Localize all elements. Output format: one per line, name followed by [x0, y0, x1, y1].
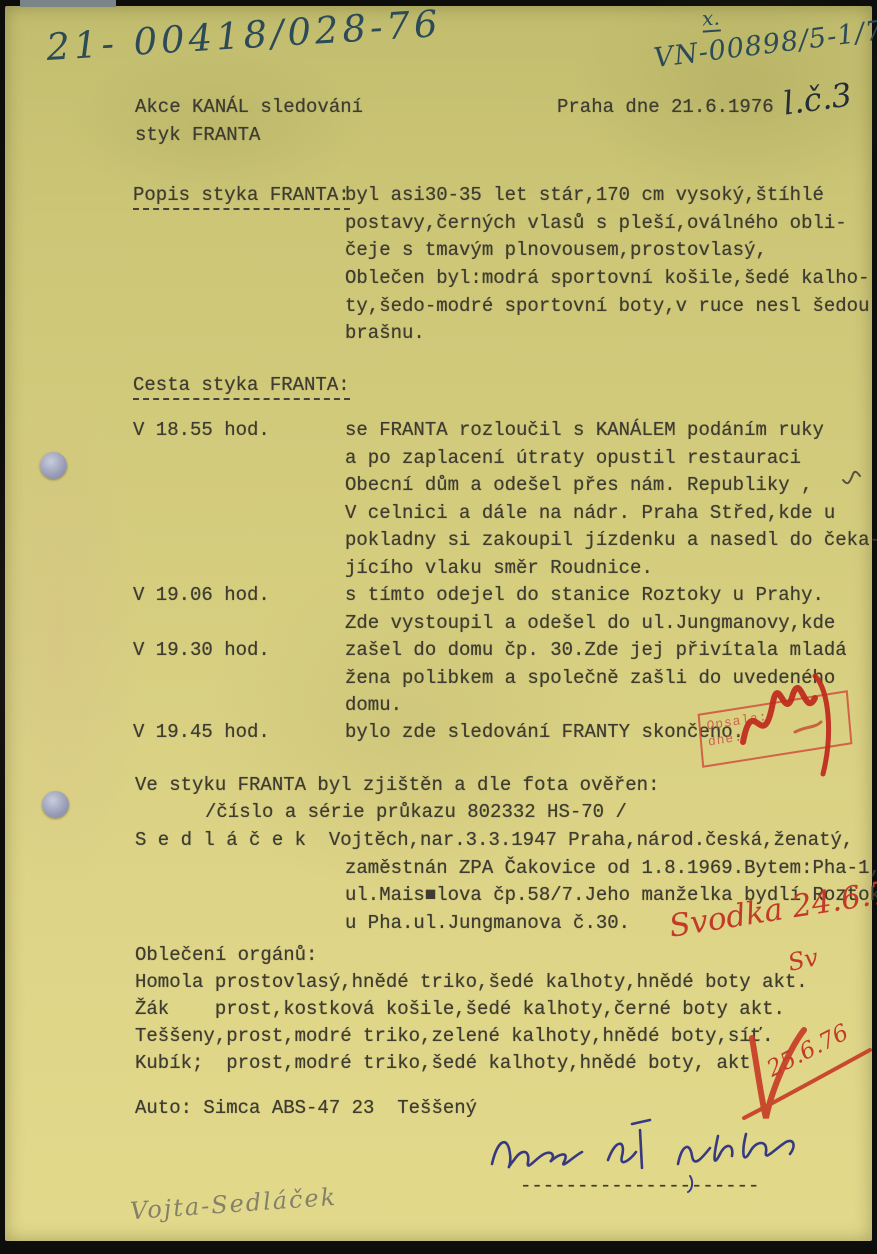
paper-stain — [0, 376, 145, 896]
place-date: Praha dne 21.6.1976 — [557, 97, 774, 118]
obleceni-line: Kubík; prost,modré triko,šedé kalhoty,hn… — [135, 1053, 751, 1074]
time-entry: V 19.45 hod. — [133, 722, 270, 743]
cesta-line: se FRANTA rozloučil s KANÁLEM podáním ru… — [345, 420, 824, 441]
popis-line: Oblečen byl:modrá sportovní košile,šedé … — [345, 268, 870, 289]
section-obleceni-label: Oblečení orgánů: — [135, 945, 317, 966]
time-entry: V 18.55 hod. — [133, 420, 270, 441]
pencil-checkmark — [840, 468, 864, 490]
signature-dashes: --------------------- — [520, 1176, 759, 1197]
punch-hole — [40, 452, 67, 479]
cesta-line: V celnici a dále na nádr. Praha Střed,kd… — [345, 503, 835, 524]
obleceni-line: Teššeny,prost,modré triko,zelené kalhoty… — [135, 1026, 774, 1047]
contact-title: styk FRANTA — [135, 125, 260, 146]
id-card-line: /číslo a série průkazu 802332 HS-70 / — [205, 802, 627, 823]
cesta-line: zašel do domu čp. 30.Zde jej přivítala m… — [345, 640, 847, 661]
cesta-line: Obecní dům a odešel přes nám. Republiky … — [345, 475, 812, 496]
scanned-document: 21- 00418/028-76 x. VN-00898/5-1/76 l.č.… — [0, 0, 877, 1254]
section-cesta-label: Cesta styka FRANTA: — [133, 375, 350, 400]
popis-line: ty,šedo-modré sportovní boty,v ruce nesl… — [345, 296, 870, 317]
cesta-line: s tímto odejel do stanice Roztoky u Prah… — [345, 585, 824, 606]
auto-line: Auto: Simca ABS-47 23 Teššený — [135, 1098, 477, 1119]
identification-intro: Ve styku FRANTA byl zjištěn a dle fota o… — [135, 775, 660, 796]
time-entry: V 19.06 hod. — [133, 585, 270, 606]
cesta-line: jícího vlaku směr Roudnice. — [345, 558, 653, 579]
scanner-edge — [20, 0, 116, 7]
identification-line: u Pha.ul.Jungmanova č.30. — [345, 913, 630, 934]
cesta-line: pokladny si zakoupil jízdenku a nasedl d… — [345, 530, 877, 551]
action-title: Akce KANÁL sledování — [135, 97, 363, 118]
obleceni-line: Žák prost,kostková košile,šedé kalhoty,č… — [135, 999, 785, 1020]
section-popis-label: Popis styka FRANTA: — [133, 185, 350, 210]
popis-line: postavy,černých vlasů s pleší,oválného o… — [345, 213, 847, 234]
red-check-mark — [738, 1018, 877, 1128]
red-ink-scribble — [735, 662, 860, 782]
cesta-line: a po zaplacení útraty opustil restauraci — [345, 448, 801, 469]
identification-line: zaměstnán ZPA Čakovice od 1.8.1969.Bytem… — [345, 858, 877, 879]
obleceni-line: Homola prostovlasý,hnědé triko,šedé kalh… — [135, 972, 808, 993]
time-entry: V 19.30 hod. — [133, 640, 270, 661]
punch-hole — [42, 791, 69, 818]
x-mark-handwritten: x. — [701, 5, 720, 32]
cesta-line: Zde vystoupil a odešel do ul.Jungmanovy,… — [345, 613, 835, 634]
popis-line: byl asi30-35 let stár,170 cm vysoký,štíh… — [345, 185, 824, 206]
cesta-line: domu. — [345, 695, 402, 716]
identification-line: S e d l á č e k Vojtěch,nar.3.3.1947 Pra… — [135, 830, 853, 851]
cesta-line: bylo zde sledování FRANTY skončeno. — [345, 722, 744, 743]
popis-line: čeje s tmavým plnovousem,prostovlasý, — [345, 240, 767, 261]
popis-line: brašnu. — [345, 323, 425, 344]
